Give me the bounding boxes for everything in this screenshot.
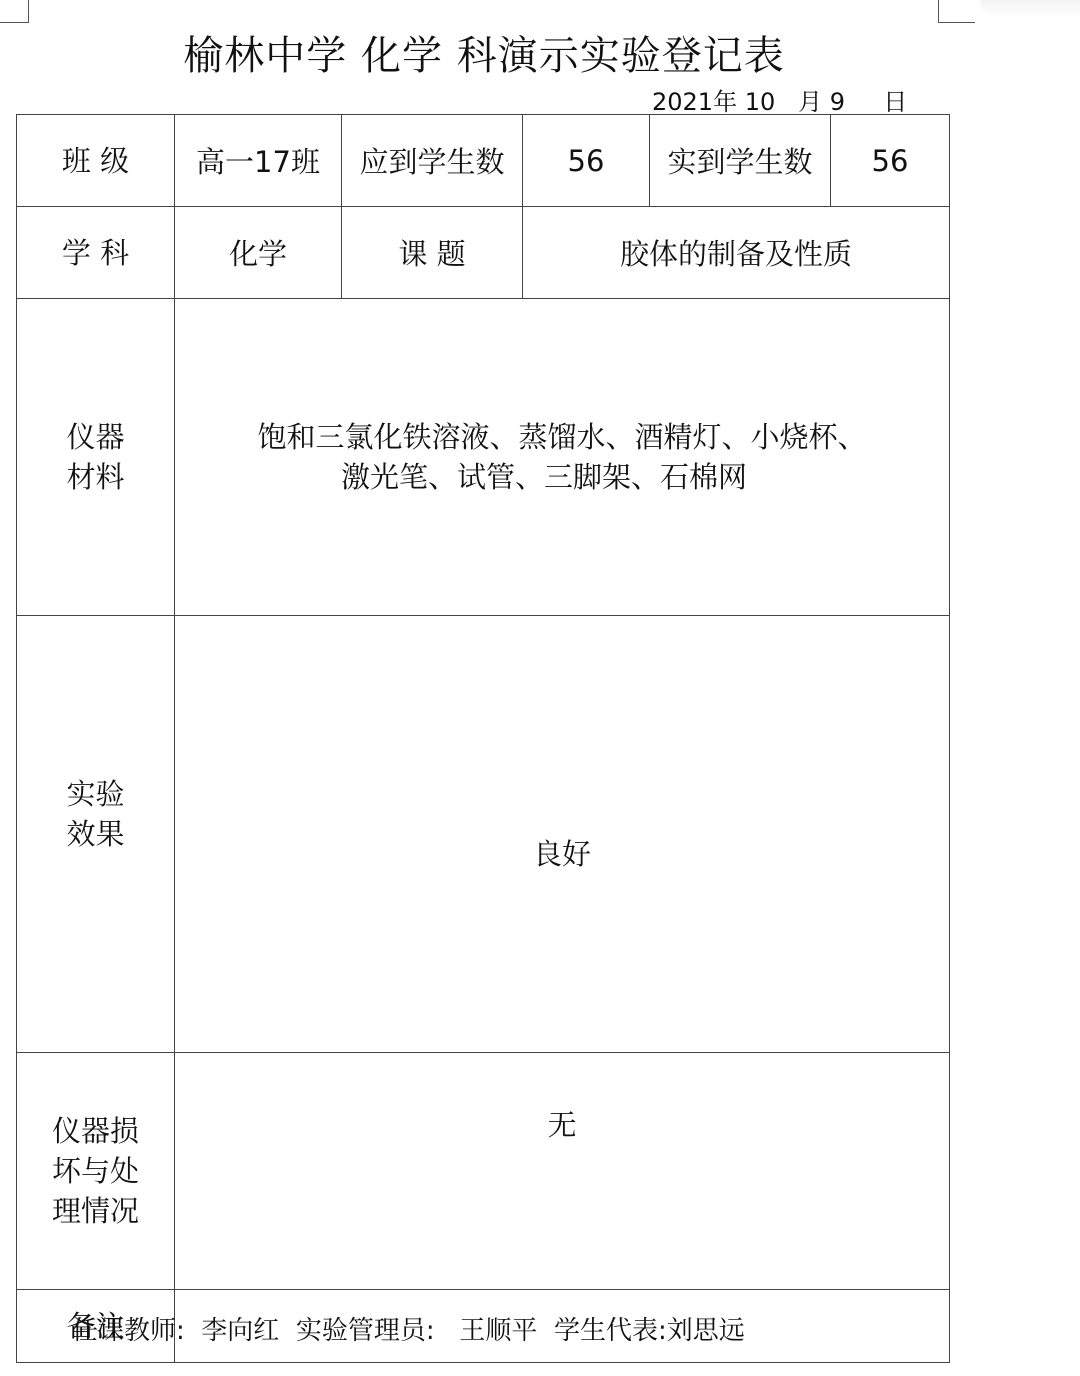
damage-label-line1: 仪器损 (17, 1111, 174, 1151)
materials-value: 饱和三氯化铁溶液、蒸馏水、酒精灯、小烧杯、 激光笔、试管、三脚架、石棉网 (175, 299, 950, 616)
damage-value: 无 (175, 1053, 950, 1290)
teacher-label: 任课教师: (72, 1316, 185, 1346)
effect-value: 良好 (175, 616, 950, 1053)
class-value: 高一17班 (175, 115, 342, 207)
class-label: 班 级 (17, 115, 175, 207)
date-year: 2021年 (652, 88, 737, 116)
teacher-name: 李向红 (201, 1316, 279, 1346)
damage-label-line3: 理情况 (17, 1191, 174, 1231)
materials-line1: 饱和三氯化铁溶液、蒸馏水、酒精灯、小烧杯、 (175, 417, 949, 457)
lab-admin-name: 王顺平 (459, 1316, 537, 1346)
student-rep-label: 学生代表: (554, 1316, 667, 1346)
page-edge-shadow (980, 0, 1080, 18)
date-day-value: 9 (830, 88, 845, 116)
experiment-register-table: 班 级 高一17班 应到学生数 56 实到学生数 56 学 科 化学 课 题 胶… (16, 114, 950, 1363)
materials-label: 仪器 材料 (17, 299, 175, 616)
materials-label-line1: 仪器 (17, 417, 174, 457)
document-title: 榆林中学 化学 科演示实验登记表 (0, 24, 968, 81)
student-rep-name: 刘思远 (667, 1316, 745, 1346)
topic-value: 胶体的制备及性质 (523, 207, 950, 299)
table-row-subject-info: 学 科 化学 课 题 胶体的制备及性质 (17, 207, 950, 299)
actual-students-value: 56 (831, 115, 950, 207)
materials-line2: 激光笔、试管、三脚架、石棉网 (175, 457, 949, 497)
expected-students-value: 56 (523, 115, 650, 207)
date-day-unit: 日 (883, 88, 907, 116)
actual-students-label: 实到学生数 (650, 115, 831, 207)
page-corner-mark-top-left (0, 0, 29, 23)
signature-line: 任课教师: 李向红 实验管理员: 王顺平 学生代表:刘思远 (72, 1310, 745, 1347)
record-date: 2021年 10 月 9 日 (652, 82, 907, 117)
effect-label-line2: 效果 (17, 814, 174, 854)
table-row-damage: 仪器损 坏与处 理情况 无 (17, 1053, 950, 1290)
table-row-materials: 仪器 材料 饱和三氯化铁溶液、蒸馏水、酒精灯、小烧杯、 激光笔、试管、三脚架、石… (17, 299, 950, 616)
materials-label-line2: 材料 (17, 457, 174, 497)
date-month-unit: 月 (798, 88, 822, 116)
table-row-class-info: 班 级 高一17班 应到学生数 56 实到学生数 56 (17, 115, 950, 207)
damage-label: 仪器损 坏与处 理情况 (17, 1053, 175, 1290)
page-corner-mark-top-right (938, 0, 975, 23)
subject-value: 化学 (175, 207, 342, 299)
effect-label: 实验 效果 (17, 616, 175, 1053)
lab-admin-label: 实验管理员: (296, 1316, 435, 1346)
expected-students-label: 应到学生数 (342, 115, 523, 207)
date-month-value: 10 (745, 88, 776, 116)
table-row-effect: 实验 效果 良好 (17, 616, 950, 1053)
subject-label: 学 科 (17, 207, 175, 299)
damage-label-line2: 坏与处 (17, 1151, 174, 1191)
topic-label: 课 题 (342, 207, 523, 299)
effect-label-line1: 实验 (17, 774, 174, 814)
